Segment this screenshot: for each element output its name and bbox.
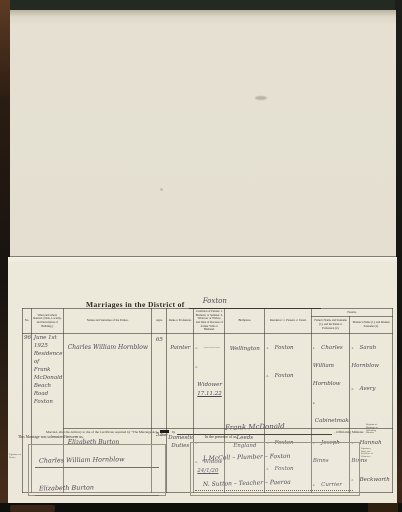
- parties-signature-box: Charles William Hornblow Elizabeth Burto…: [28, 444, 166, 496]
- marriage-date-line1: June 1st: [33, 335, 62, 343]
- witness-signature-box: J. McColl – Plumber – Foxton N. Sutton –…: [190, 442, 360, 496]
- groom-former-spouse-decease-date: 17.11.22: [195, 391, 223, 399]
- entry-number: 96: [24, 335, 30, 343]
- parties-margin-note: Signatures of Parties.: [9, 454, 22, 459]
- minister-signature-line: Frank McDonald: [177, 416, 332, 435]
- paper-mark: [160, 188, 163, 191]
- witness-margin-note: Signatures, Rank, and Residence of Witne…: [361, 448, 376, 459]
- groom-mother-maiden: Avery: [358, 386, 376, 392]
- father-name: 1. Charles William Hornblow: [313, 336, 348, 390]
- col-header-parents: Parents.: [311, 309, 392, 317]
- groom-mother-name: Sarah Hornblow: [351, 345, 379, 369]
- groom-condition2: Widower: [195, 382, 222, 388]
- marriage-place-line: Foxton: [33, 399, 62, 407]
- groom-condition1: ———: [202, 345, 221, 351]
- col-header-residence: Residence: 1. Present. 2. Usual.: [265, 309, 312, 334]
- col-header-rank: Rank or Profession.: [167, 309, 194, 334]
- condition-widower: 2. Widower 17.11.22: [195, 355, 223, 399]
- marriage-date-line2: 1925: [33, 343, 62, 351]
- groom-signature-line: Charles William Hornblow: [35, 449, 159, 468]
- col-header-birthplace: Birthplace.: [225, 309, 265, 334]
- stamped-year: 1908.”: [160, 433, 169, 437]
- struck-out-act-year: 1908.”: [160, 430, 170, 435]
- cell-groom-age: 65: [152, 333, 167, 428]
- groom-residence-present: Foxton: [273, 345, 294, 351]
- header-row-1: No. When and where married. (Date, Local…: [23, 309, 393, 317]
- col-header-ages: Ages.: [152, 309, 167, 334]
- bride-signature: Elizabeth Burton: [35, 483, 94, 492]
- marriage-place-line: Frank: [33, 367, 62, 375]
- minister-signature: Frank McDonald: [225, 422, 285, 432]
- marker-1: 1.: [195, 346, 197, 350]
- groom-rank: Painter: [168, 335, 192, 353]
- groom-father-name: Charles William Hornblow: [313, 345, 343, 387]
- district-name: Foxton: [189, 297, 227, 305]
- col-header-condition: Condition of Parties: 1. Bachelor or Spi…: [194, 309, 225, 334]
- residence-present: 1. Foxton: [266, 336, 310, 354]
- minister-margin-note: Registrar of Marriages or Officiating Mi…: [366, 424, 381, 435]
- marker-2: 2.: [195, 365, 197, 369]
- cell-groom-residence: 1. Foxton 2. Foxton: [265, 333, 312, 428]
- condition-bachelor: 1. ———: [195, 336, 223, 354]
- book-edge-top: [0, 0, 402, 10]
- marker-2: 2.: [313, 401, 315, 405]
- cell-groom-father: 1. Charles William Hornblow 2. Cabinetma…: [311, 333, 349, 428]
- marker-2: 2.: [266, 374, 268, 378]
- marker-2: 2.: [351, 387, 353, 391]
- col-header-mother: Mother's Name (1), and Maiden Surname (2…: [350, 316, 393, 333]
- paper-mark: [255, 96, 267, 100]
- col-header-no: No.: [23, 309, 32, 334]
- district-line: Foxton: [189, 290, 321, 309]
- groom-row: 96 June 1st 1925 Residence of Frank McDo…: [23, 333, 393, 428]
- certification-line: Married, after the delivery to me of the…: [46, 416, 381, 435]
- book-cover-corner: [10, 505, 55, 512]
- certification-text-by: by: [172, 431, 175, 435]
- page-title: Marriages in the District of Foxton: [86, 290, 321, 309]
- cell-groom-rank: Painter: [167, 333, 194, 428]
- marriage-place-line: Residence of: [33, 351, 62, 367]
- groom-name: Charles William Hornblow: [65, 335, 151, 353]
- witness-2-line: N. Sutton – Teacher – Paeroa: [195, 472, 353, 491]
- witness-label: In the presence of us,: [205, 435, 237, 439]
- mother-name: 1. Sarah Hornblow: [351, 336, 391, 372]
- witness-1-signature: J. McColl – Plumber – Foxton: [195, 453, 291, 462]
- blank-facing-page: [10, 10, 396, 257]
- marker-1: 1.: [313, 346, 315, 350]
- mother-maiden: 2. Avery: [351, 377, 391, 395]
- cell-groom-name: Charles William Hornblow: [63, 333, 152, 428]
- marker-1: 1.: [351, 346, 353, 350]
- register-page: Marriages in the District of Foxton No. …: [8, 257, 397, 504]
- solemnized-label: This Marriage was solemnized between us,: [18, 435, 84, 439]
- cell-groom-condition: 1. ——— 2. Widower 17.11.22: [194, 333, 225, 428]
- groom-residence-usual: Foxton: [273, 373, 294, 379]
- marker-1: 1.: [266, 346, 268, 350]
- book-cover-corner: [368, 503, 398, 512]
- marriage-place-line: Beach Road: [33, 383, 62, 399]
- col-header-father: Father's Name and Surname (1), and his R…: [311, 316, 349, 333]
- col-header-names: Names and Surnames of the Parties.: [63, 309, 152, 334]
- bride-signature-line: Elizabeth Burton: [35, 477, 159, 496]
- residence-usual: 2. Foxton: [266, 364, 310, 382]
- marriage-place-line: McDonald: [33, 375, 62, 383]
- groom-signature: Charles William Hornblow: [35, 455, 125, 465]
- bride-mother-maiden: Beckworth: [358, 477, 390, 483]
- cell-groom-birthplace: Wellington: [225, 333, 265, 428]
- witness-2-signature: N. Sutton – Teacher – Paeroa: [195, 479, 291, 489]
- book-photo: Marriages in the District of Foxton No. …: [0, 0, 402, 512]
- groom-birthplace: Wellington: [226, 335, 263, 354]
- minister-title: , Officiating Minister.: [334, 431, 364, 435]
- groom-age: 65: [153, 335, 165, 345]
- book-edge-bottom: [0, 503, 402, 512]
- witness-1-line: J. McColl – Plumber – Foxton: [195, 446, 353, 464]
- col-header-when-where: When and where married. (Date, Locality,…: [31, 309, 63, 334]
- cell-groom-mother: 1. Sarah Hornblow 2. Avery: [350, 333, 393, 428]
